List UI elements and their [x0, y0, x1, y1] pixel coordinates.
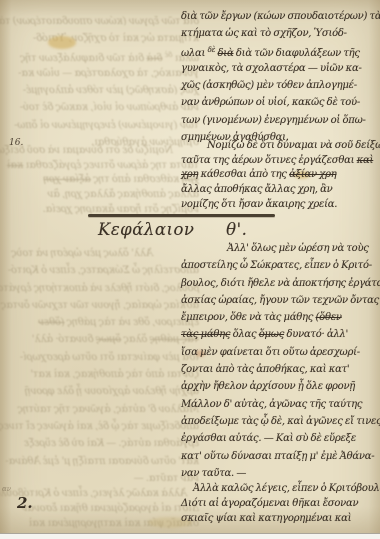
text-segment: ἀποδείξωμε τὰς ᾧ δὲ, καὶ ἀγῶνες εἴ τινες: [181, 416, 380, 427]
text-line: ἴσα μὲν φαίνεται ὅτι οὕτω ἀρεσχωρί-: [181, 347, 378, 364]
text-segment: σκιαῖς ψίαι καὶ κατηγορημέναι καὶ: [181, 513, 351, 524]
text-line: κατ' οὕτω δύνασαι πταίξῃ μ' ἐμὲ Ἀθάνα-: [181, 451, 378, 468]
struck-text-segment: (ὅθεν: [38, 317, 64, 328]
paragraph: Ἀλλ' ὅλως μὲν ὡρέση νὰ τοὺςἀποστείλης ὦ …: [2, 248, 199, 490]
paragraph: Νομίζω δὲ ὅτι δύναμαι νὰ σοῦ δείξωταῦτα …: [2, 145, 199, 218]
text-line: ναν ἀνθρώπων οἱ υἱοί, κακῶς δὲ τού-: [2, 102, 199, 119]
paragraph: Νομίζω δὲ ὅτι δύναμαι νὰ σοῦ δείξωταῦτα …: [181, 140, 378, 213]
manuscript-page: διὰ τῶν ἔργων (κώων σπουδαιοτέρων) τὰκτή…: [0, 0, 380, 539]
chapter-heading-block: Κεφάλαιον θ'.: [88, 214, 308, 239]
sheet-number: 2.: [17, 494, 33, 512]
text-segment: δὲ: [208, 46, 215, 54]
text-line: ἀποστείλης ὦ Σώκρατες, εἶπεν ὁ Κριτό-: [2, 265, 199, 282]
manuscript-text-column: διὰ τῶν ἔργων (κώων σπουδαιοτέρων) τὰκτή…: [181, 0, 378, 539]
paragraph: Ἀλλ' ὅλως μὲν ὡρέση νὰ τοὺςἀποστείλης ὦ …: [181, 243, 378, 485]
struck-text-segment: διὰ: [218, 48, 234, 59]
text-line: ωλαι δὲ διὰ διὰ τῶν διαφυλάξεων τῆς: [2, 51, 199, 68]
text-line: χῶς (ἀσκηθῶς) μὲν τόθεν ἀπλογημέ-: [181, 80, 378, 97]
text-line: Μάλλον δ' αὐτὰς, ἀγῶνας τῆς ταύτης: [2, 404, 199, 421]
struck-text-segment: ἀξίαν χρη: [44, 174, 91, 185]
text-segment: Νομίζω δὲ ὅτι δύναμαι νὰ σοῦ δείξω: [207, 140, 380, 151]
text-line: ταῦτα της ἀέρων ὅτινες ἐργάζεσθαι καὶ: [181, 155, 378, 170]
text-segment: ἀρχὴν ἤθελον ἀρχίσουν ᾗ ὅλε φρονῇ: [181, 381, 355, 392]
text-segment: ζονται ἀπὸ τὰς ἀποθήκας, καὶ κατ': [181, 364, 349, 375]
struck-text-segment: ὅμως: [96, 334, 121, 345]
text-segment: ἄλλας ἀποθήκας ἄλλας χρη, ἂν: [181, 184, 333, 195]
text-segment: χῶς (ἀσκηθῶς) μὲν τόθεν ἀπλογημέ-: [23, 85, 199, 96]
text-segment: ζονται ἀπὸ τὰς ἀποθήκας, καὶ κατ': [31, 369, 199, 380]
text-line: βουλος, διότι ἤθελε νὰ ἀποκτήσης ἐργάτας: [2, 283, 199, 300]
text-line: ἐργάσθαι αὐτάς. — Καὶ σὺ δὲ εὕρεξε: [2, 438, 199, 455]
paragraph: διὰ τῶν ἔργων (κώων σπουδαιοτέρων) τὰκτή…: [2, 16, 199, 154]
text-line: σκιαῖς ψίαι καὶ κατηγορημέναι καὶ: [181, 513, 378, 528]
text-line: ἴσα μὲν φαίνεται ὅτι οὕτω ἀρεσχωρί-: [2, 352, 199, 369]
text-segment: ἔμπειρον, ὅθε νὰ τὰς μάθης: [64, 317, 199, 328]
text-line: ἀσκίας ὡραίας, ἤγουν τῶν τεχνῶν ὄντας: [181, 295, 378, 312]
text-segment: ἀσκίας ὡραίας, ἤγουν τῶν τεχνῶν ὄντας: [1, 300, 199, 311]
text-line: Ἀλλὰ καλῶς λέγεις, εἶπεν ὁ Κριτόβουλος·: [181, 483, 378, 498]
text-segment: κάθεσθαι ἀπὸ της: [198, 169, 289, 180]
text-segment: ἴσα μὲν φαίνεται ὅτι οὕτω ἀρεσχωρί-: [181, 347, 360, 358]
text-line: Νομίζω δὲ ὅτι δύναμαι νὰ σοῦ δείξω: [181, 140, 378, 155]
text-segment: Μάλλον δ' αὐτὰς, ἀγῶνας τῆς ταύτης: [18, 404, 199, 415]
text-segment: βουλος, διότι ἤθελε νὰ ἀποκτήσης ἐργάτας: [0, 283, 199, 294]
text-segment: ναν ἀνθρώπων οἱ υἱοί, κακῶς δὲ τού-: [181, 97, 360, 108]
text-line: ταῦτα της ἀέρων ὅτινες ἐργάζεσθαι καὶ: [2, 160, 199, 175]
text-segment: ἀσκίας ὡραίας, ἤγουν τῶν τεχνῶν ὄντας: [181, 295, 379, 306]
struck-text-segment: διὰ: [147, 53, 163, 64]
text-line: χῶς (ἀσκηθῶς) μὲν τόθεν ἀπλογημέ-: [2, 85, 199, 102]
text-segment: κτήματα ὡς καὶ τὸ σχῆζον, Ὑσιόδ-: [181, 28, 347, 39]
text-line: ζονται ἀπὸ τὰς ἀποθήκας, καὶ κατ': [2, 369, 199, 386]
struck-text-segment: ὅμως: [259, 329, 284, 340]
text-line: Διότι αἱ ἀγοραζόμεναι θῆκαι ἔσοναν: [181, 498, 378, 513]
text-segment: ταῦτα της ἀέρων ὅτινες ἐργάζεσθαι: [23, 160, 199, 171]
text-line: ζονται ἀπὸ τὰς ἀποθήκας, καὶ κατ': [181, 364, 378, 381]
text-segment: διὰ τῶν διαφυλάξεων τῆς: [20, 53, 146, 64]
text-line: ἔμπειρον, ὅθε νὰ τὰς μάθης (ὅθεν: [2, 317, 199, 334]
text-line: ἀσκίας ὡραίας, ἤγουν τῶν τεχνῶν ὄντας: [2, 300, 199, 317]
text-line: ναν ἀνθρώπων οἱ υἱοί, κακῶς δὲ τού-: [181, 97, 378, 114]
text-line: τὰς μάθης ὅλας ὅμως δυνατό· ἀλλ': [181, 329, 378, 346]
text-segment: ἀρχὴν ἤθελον ἀρχίσουν ᾗ ὅλε φρονῇ: [25, 386, 199, 397]
text-segment: [162, 53, 164, 64]
struck-text-segment: τὰς μάθης: [181, 329, 230, 340]
text-line: γυναικὸς, τὰ σχολαστέρα — υἱῶν κα-: [181, 63, 378, 80]
text-segment: ἐργάσθαι αὐτάς. — Καὶ σὺ δὲ εὕρεξε: [181, 433, 356, 444]
scan-bottom-edge: [0, 533, 380, 539]
text-segment: γυναικὸς, τὰ σχολαστέρα — υἱῶν κα-: [18, 68, 199, 79]
text-segment: Μάλλον δ' αὐτὰς, ἀγῶνας τῆς ταύτης: [181, 399, 362, 410]
text-segment: ἔμπειρον, ὅθε νὰ τὰς μάθης: [181, 312, 316, 323]
text-line: ἀποστείλης ὦ Σώκρατες, εἶπεν ὁ Κριτό-: [181, 260, 378, 277]
text-segment: ὅλας: [121, 334, 150, 345]
text-segment: ταῦτα της ἀέρων ὅτινες ἐργάζεσθαι: [181, 155, 357, 166]
text-line: κτήματα ὡς καὶ τὸ σχῆζον, Ὑσιόδ-: [2, 33, 199, 50]
text-line: ἀρχὴν ἤθελον ἀρχίσουν ᾗ ὅλε φρονῇ: [181, 381, 378, 398]
text-line: ἀποδείξωμε τὰς ᾧ δὲ, καὶ ἀγῶνες εἴ τινες: [181, 416, 378, 433]
text-segment: ἐργάσθαι αὐτάς. — Καὶ σὺ δὲ εὕρεξε: [24, 438, 199, 449]
text-line: χρη κάθεσθαι ἀπὸ της ἀξίαν χρη: [181, 169, 378, 184]
text-segment: ὅλας: [230, 329, 259, 340]
struck-text-segment: χρη: [181, 169, 198, 180]
bleedthrough-text-column: διὰ τῶν ἔργων (κώων σπουδαιοτέρων) τὰκτή…: [2, 5, 199, 539]
faint-margin-mark: αν: [2, 485, 11, 493]
text-segment: διὰ τῶν ἔργων (κώων σπουδαιοτέρων) τὰ: [0, 16, 199, 27]
text-line: βουλος, διότι ἤθελε νὰ ἀποκτήσης ἐργάτας: [181, 278, 378, 295]
folio-number: 16.: [9, 138, 23, 148]
text-segment: Διότι αἱ ἀγοραζόμεναι θῆκαι ἔσοναν: [22, 503, 199, 514]
text-line: των (γινομένων) ἐνεργημένων οἱ ὅπω-: [2, 120, 199, 137]
text-segment: νομίζης ὅτι ἤσαν ἄκαιρης χρεία.: [181, 199, 337, 210]
text-segment: δυνατό· ἀλλ': [284, 329, 348, 340]
text-line: ἐργάσθαι αὐτάς. — Καὶ σὺ δὲ εὕρεξε: [181, 433, 378, 450]
text-segment: Διότι αἱ ἀγοραζόμεναι θῆκαι ἔσοναν: [181, 498, 358, 509]
text-line: νομίζης ὅτι ἤσαν ἄκαιρης χρεία.: [181, 199, 378, 214]
text-line: Ἀλλ' ὅλως μὲν ὡρέση νὰ τοὺς: [181, 243, 378, 260]
text-segment: δυνατό· ἀλλ': [32, 334, 96, 345]
text-segment: Ἀλλ' ὅλως μὲν ὡρέση νὰ τοὺς: [11, 248, 153, 259]
text-segment: ωλαι: [181, 48, 208, 59]
text-segment: των (γινομένων) ἐνεργημένων οἱ ὅπω-: [181, 115, 366, 126]
text-segment: βουλος, διότι ἤθελε νὰ ἀποκτήσης ἐργάτας: [181, 278, 380, 289]
text-segment: ἄλλας ἀποθήκας ἄλλας χρη, ἂν: [48, 189, 200, 200]
text-segment: Νομίζω δὲ ὅτι δύναμαι νὰ σοῦ δείξω: [0, 145, 173, 156]
text-line: ωλαι δὲ διὰ διὰ τῶν διαφυλάξεων τῆς: [181, 46, 378, 63]
text-line: γυναικὸς, τὰ σχολαστέρα — υἱῶν κα-: [2, 68, 199, 85]
text-line: τὰς μάθης ὅλας ὅμως δυνατό· ἀλλ': [2, 334, 199, 351]
text-line: ἄλλας ἀποθήκας ἄλλας χρη, ἂν: [2, 189, 199, 204]
text-segment: των (γινομένων) ἐνεργημένων οἱ ὅπω-: [14, 120, 199, 131]
text-line: κατ' οὕτω δύνασαι πταίξῃ μ' ἐμὲ Ἀθάνα-: [2, 456, 199, 473]
text-segment: γυναικὸς, τὰ σχολαστέρα — υἱῶν κα-: [181, 63, 362, 74]
text-segment: κάθεσθαι ἀπὸ της: [91, 174, 182, 185]
paragraph: Ἀλλὰ καλῶς λέγεις, εἶπεν ὁ Κριτόβουλος·Δ…: [181, 483, 378, 529]
text-segment: διὰ τῶν διαφυλάξεων τῆς: [233, 48, 359, 59]
text-segment: διὰ τῶν ἔργων (κώων σπουδαιοτέρων) τὰ: [181, 11, 380, 22]
chapter-heading: Κεφάλαιον θ'.: [98, 220, 308, 239]
text-line: ἔμπειρον, ὅθε νὰ τὰς μάθης (ὅθεν: [181, 312, 378, 329]
text-line: διὰ τῶν ἔργων (κώων σπουδαιοτέρων) τὰ: [181, 11, 378, 28]
struck-text-segment: ἀξίαν χρη: [289, 169, 336, 180]
text-line: Ἀλλ' ὅλως μὲν ὡρέση νὰ τοὺς: [2, 248, 199, 265]
text-line: κτήματα ὡς καὶ τὸ σχῆζον, Ὑσιόδ-: [181, 28, 378, 45]
text-segment: χῶς (ἀσκηθῶς) μὲν τόθεν ἀπλογημέ-: [181, 80, 357, 91]
text-segment: ναν ταῦτα. —: [181, 468, 246, 479]
paragraph: διὰ τῶν ἔργων (κώων σπουδαιοτέρων) τὰκτή…: [181, 11, 378, 149]
text-line: χρη κάθεσθαι ἀπὸ της ἀξίαν χρη: [2, 174, 199, 189]
paper-stain: [48, 36, 76, 49]
struck-text-segment: καὶ: [357, 155, 373, 166]
text-segment: κατ' οὕτω δύνασαι πταίξῃ μ' ἐμὲ Ἀθάνα-: [6, 456, 199, 467]
text-segment: δὲ: [165, 51, 172, 59]
text-segment: ἀποστείλης ὦ Σώκρατες, εἶπεν ὁ Κριτό-: [181, 260, 372, 271]
struck-text-segment: (ὅθεν: [316, 312, 342, 323]
text-line: ἀρχὴν ἤθελον ἀρχίσουν ᾗ ὅλε φρονῇ: [2, 386, 199, 403]
text-segment: Ἀλλ' ὅλως μὲν ὡρέση νὰ τοὺς: [227, 243, 369, 254]
text-segment: ἀποδείξωμε τὰς ᾧ δὲ, καὶ ἀγῶνες εἴ τινες: [0, 421, 199, 432]
text-segment: ναν ἀνθρώπων οἱ υἱοί, κακῶς δὲ τού-: [20, 102, 199, 113]
text-line: ἀποδείξωμε τὰς ᾧ δὲ, καὶ ἀγῶνες εἴ τινες: [2, 421, 199, 438]
text-line: ἄλλας ἀποθήκας ἄλλας χρη, ἂν: [181, 184, 378, 199]
text-line: Μάλλον δ' αὐτὰς, ἀγῶνας τῆς ταύτης: [181, 399, 378, 416]
text-segment: κατ' οὕτω δύνασαι πταίξῃ μ' ἐμὲ Ἀθάνα-: [181, 451, 374, 462]
struck-text-segment: καὶ: [7, 160, 23, 171]
text-segment: ἀποστείλης ὦ Σώκρατες, εἶπεν ὁ Κριτό-: [8, 265, 199, 276]
text-line: διὰ τῶν ἔργων (κώων σπουδαιοτέρων) τὰ: [2, 16, 199, 33]
text-line: Νομίζω δὲ ὅτι δύναμαι νὰ σοῦ δείξω: [2, 145, 199, 160]
heading-rule: [88, 214, 275, 217]
text-line: των (γινομένων) ἐνεργημένων οἱ ὅπω-: [181, 115, 378, 132]
text-segment: Ἀλλὰ καλῶς λέγεις, εἶπεν ὁ Κριτόβουλος·: [193, 483, 380, 494]
text-segment: ἴσα μὲν φαίνεται ὅτι οὕτω ἀρεσχωρί-: [20, 352, 199, 363]
